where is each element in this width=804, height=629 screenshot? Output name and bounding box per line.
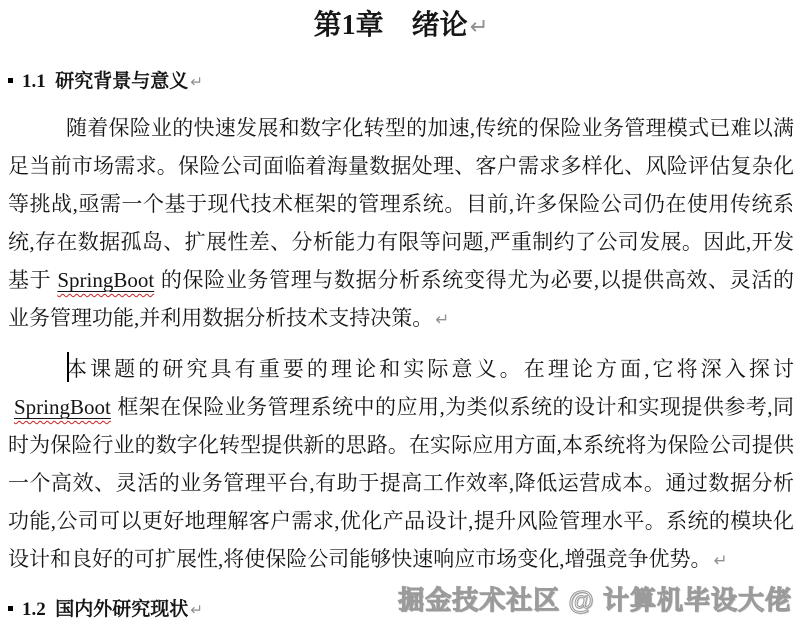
paragraph-2-text-post: 框架在保险业务管理系统中的应用,为类似系统的设计和实现提供参考,同时为保险行业的… [8, 395, 794, 571]
document-page: 第1章 绪论↵ 1.1 研究背景与意义↵ 随着保险业的快速发展和数字化转型的加速… [0, 0, 804, 629]
paragraph-1-text-pre: 随着保险业的快速发展和数字化转型的加速,传统的保险业务管理模式已难以满足当前市场… [8, 116, 794, 292]
paragraph-1[interactable]: 随着保险业的快速发展和数字化转型的加速,传统的保险业务管理模式已难以满足当前市场… [8, 109, 794, 338]
paragraph-mark-icon: ↵ [712, 550, 728, 570]
paragraph-2-text-pre: 本课题的研究具有重要的理论和实际意义。在理论方面,它将深入探讨 [66, 357, 794, 381]
heading-marker-square-icon [8, 606, 13, 611]
keyword-springboot: SpringBoot [14, 395, 111, 419]
paragraph-2[interactable]: 本课题的研究具有重要的理论和实际意义。在理论方面,它将深入探讨SpringBoo… [8, 350, 794, 579]
section-heading-1-1[interactable]: 1.1 研究背景与意义↵ [8, 67, 794, 97]
keyword-underline: SpringBoot [8, 395, 117, 419]
chapter-title-text: 第1章 绪论 [314, 10, 468, 41]
paragraph-mark-icon: ↵ [188, 73, 203, 91]
text-cursor [67, 352, 69, 382]
keyword-underline: SpringBoot [51, 268, 160, 292]
section-heading-1-1-text: 1.1 研究背景与意义 [22, 71, 188, 92]
chapter-title[interactable]: 第1章 绪论↵ [8, 0, 794, 45]
watermark: 掘金技术社区 @ 计算机毕设大佬 [398, 580, 792, 617]
section-heading-1-2-text: 1.2 国内外研究现状 [22, 599, 188, 620]
keyword-springboot: SpringBoot [57, 268, 154, 292]
heading-marker-square-icon [8, 78, 13, 83]
paragraph-mark-icon: ↵ [468, 14, 489, 40]
paragraph-mark-icon: ↵ [433, 309, 449, 329]
paragraph-mark-icon: ↵ [188, 601, 203, 619]
